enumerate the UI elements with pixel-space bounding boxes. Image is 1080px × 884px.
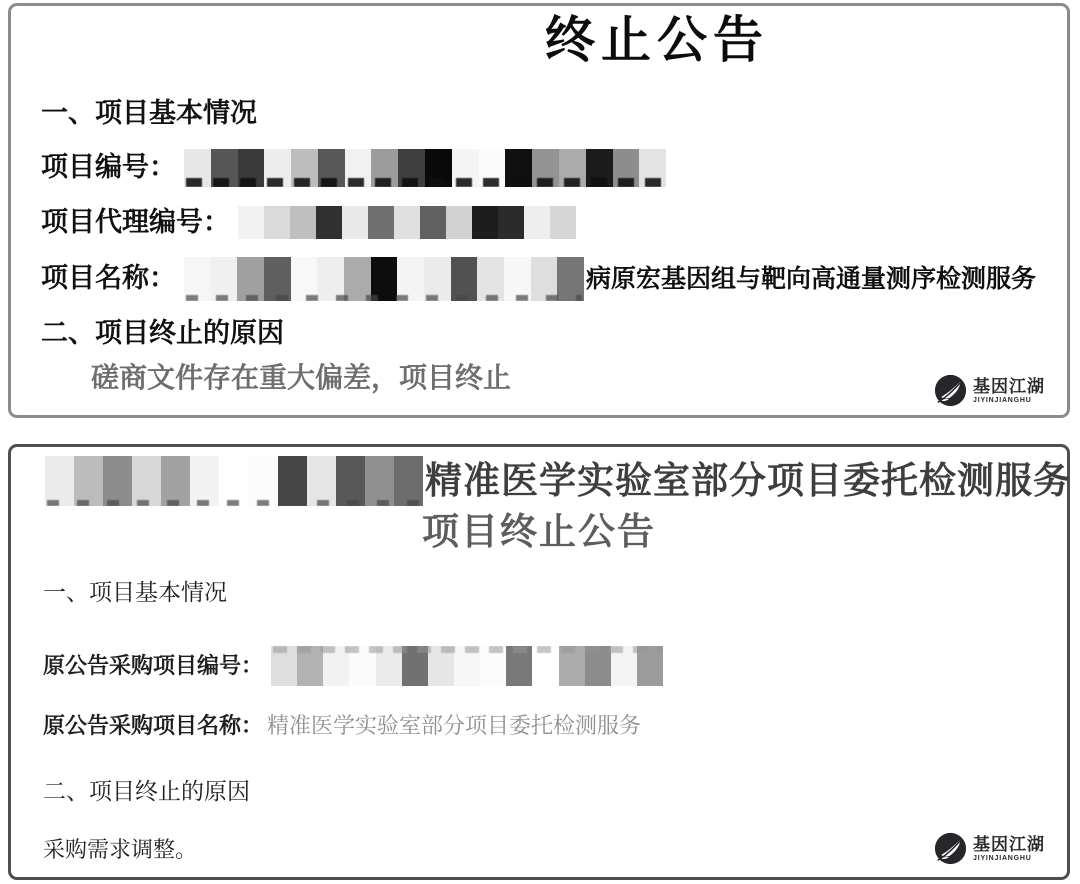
jiyinjianghu-logo: 基因江湖 JIYINJIANGHU bbox=[934, 832, 1045, 865]
notice-title-line1-text: 精准医学实验室部分项目委托检测服务 bbox=[425, 460, 1071, 503]
logo-name-text: 基因江湖 bbox=[973, 836, 1045, 853]
redaction-mosaic-agency-number bbox=[238, 206, 576, 239]
termination-reason-text: 磋商文件存在重大偏差，项目终止 bbox=[91, 362, 511, 394]
field-label: 原公告采购项目编号： bbox=[43, 653, 263, 678]
section-heading-termination-reason: 二、项目终止的原因 bbox=[43, 778, 250, 804]
field-label: 项目代理编号： bbox=[41, 207, 230, 238]
field-row-original-project-number: 原公告采购项目编号： bbox=[43, 646, 663, 686]
notice-title-line1: 精准医学实验室部分项目委托检测服务 bbox=[11, 455, 1067, 507]
logo-name-text: 基因江湖 bbox=[973, 378, 1045, 395]
field-value-project-name: 病原宏基因组与靶向高通量测序检测服务 bbox=[586, 265, 1036, 294]
termination-notice-panel-top: 终止公告 一、项目基本情况 项目编号： 项目代理编号： 项目名称： 病原宏基因组… bbox=[8, 3, 1070, 418]
field-row-project-name: 项目名称： 病原宏基因组与靶向高通量测序检测服务 bbox=[41, 257, 1036, 301]
section-heading-basic-info: 一、项目基本情况 bbox=[43, 579, 227, 605]
notice-title: 终止公告 bbox=[545, 12, 769, 70]
redaction-mosaic-title-prefix bbox=[45, 456, 423, 506]
redaction-mosaic-original-number bbox=[271, 646, 663, 686]
termination-reason-text: 采购需求调整。 bbox=[43, 837, 197, 862]
redaction-mosaic-project-number bbox=[184, 149, 666, 187]
field-value-original-project-name: 精准医学实验室部分项目委托检测服务 bbox=[267, 713, 641, 738]
jiyinjianghu-logo-icon bbox=[934, 374, 967, 407]
notice-title-line2: 项目终止公告 bbox=[11, 511, 1067, 554]
field-row-original-project-name: 原公告采购项目名称： 精准医学实验室部分项目委托检测服务 bbox=[43, 713, 641, 738]
jiyinjianghu-logo-icon bbox=[934, 832, 967, 865]
field-row-project-number: 项目编号： bbox=[41, 149, 666, 187]
section-heading-basic-info: 一、项目基本情况 bbox=[41, 98, 257, 129]
logo-subtext: JIYINJIANGHU bbox=[973, 855, 1045, 862]
jiyinjianghu-logo: 基因江湖 JIYINJIANGHU bbox=[934, 374, 1045, 407]
field-label: 项目名称： bbox=[41, 263, 176, 294]
logo-subtext: JIYINJIANGHU bbox=[973, 397, 1045, 404]
field-label: 项目编号： bbox=[41, 152, 176, 183]
termination-notice-panel-bottom: 精准医学实验室部分项目委托检测服务 项目终止公告 一、项目基本情况 原公告采购项… bbox=[8, 444, 1070, 880]
redaction-mosaic-project-name bbox=[184, 257, 584, 301]
section-heading-termination-reason: 二、项目终止的原因 bbox=[41, 318, 284, 349]
field-label: 原公告采购项目名称： bbox=[43, 713, 263, 738]
field-row-agency-number: 项目代理编号： bbox=[41, 206, 576, 239]
